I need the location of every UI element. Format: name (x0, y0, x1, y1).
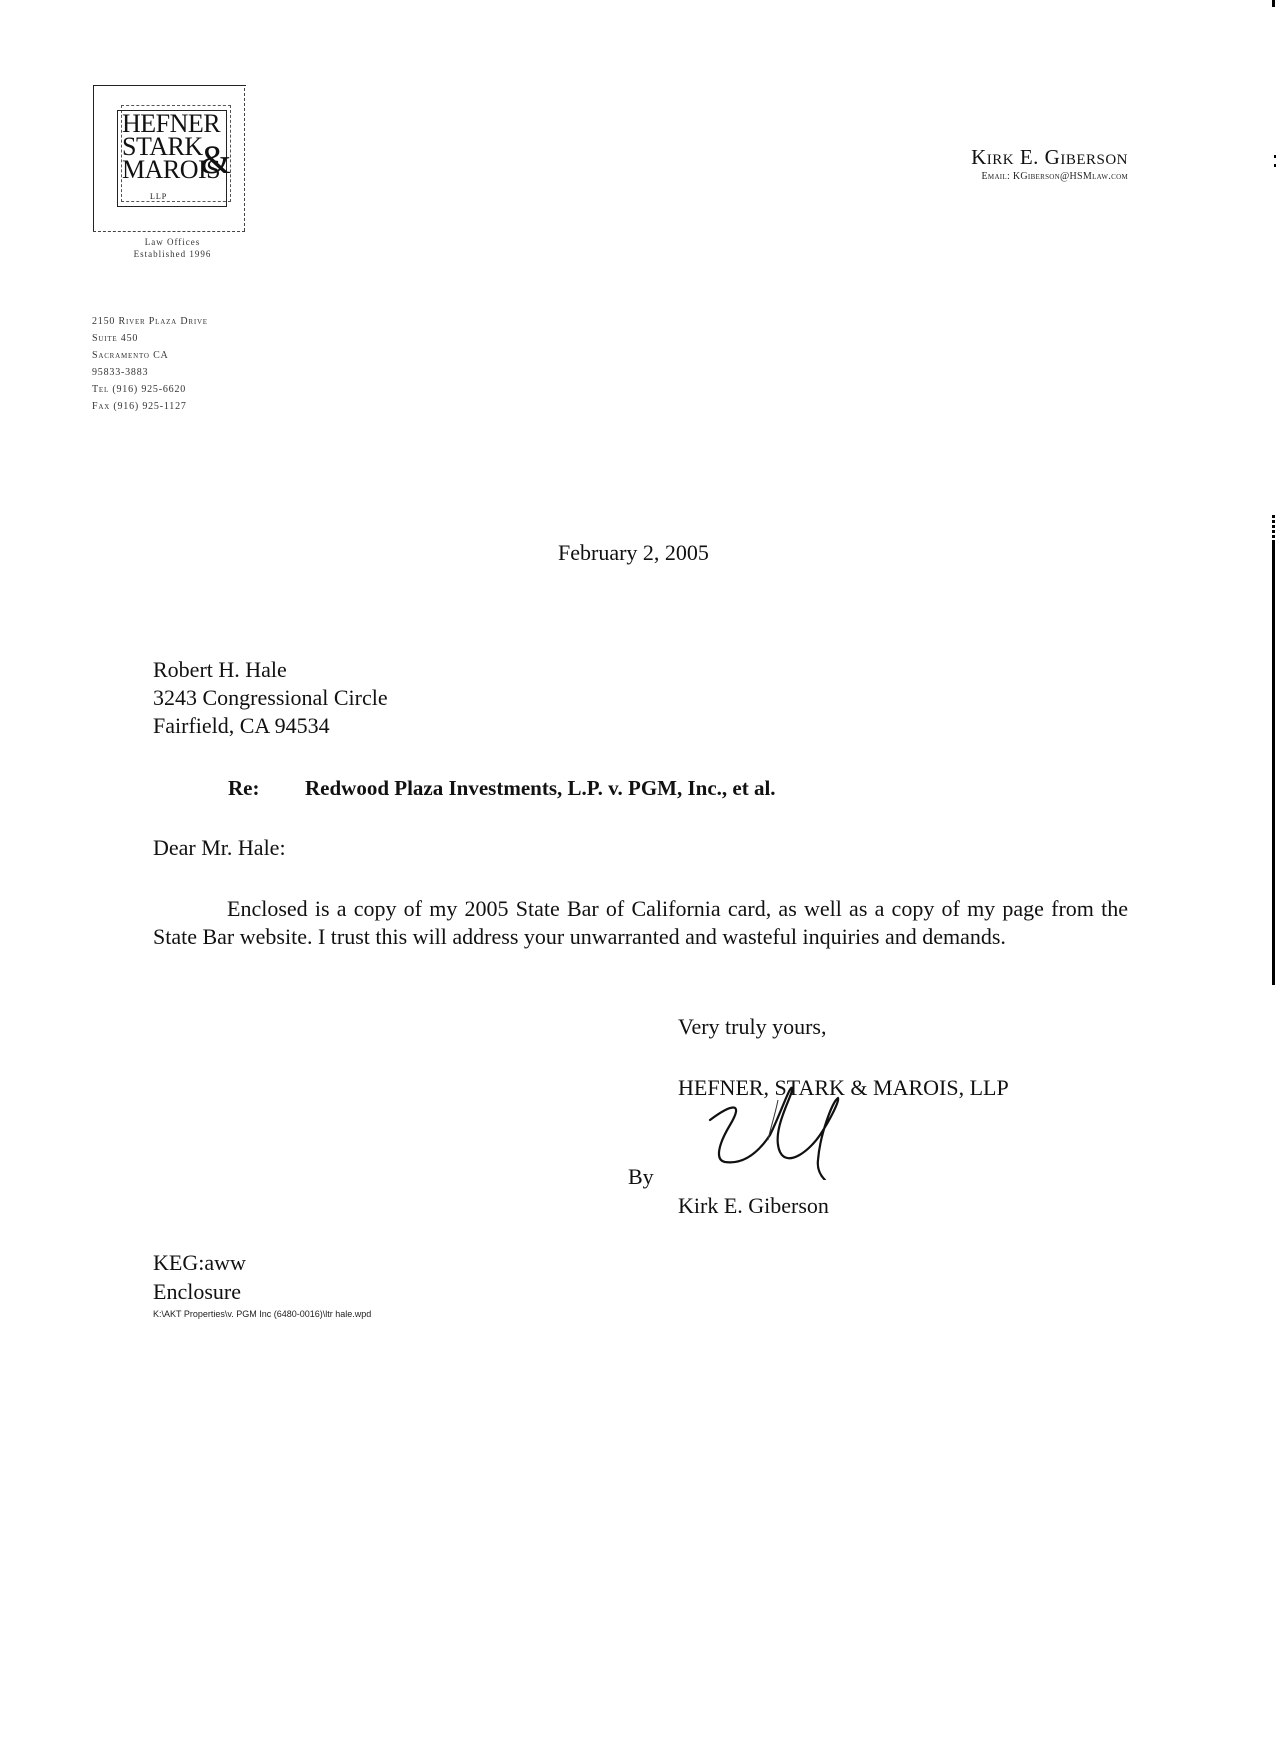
recipient-street: 3243 Congressional Circle (153, 684, 388, 712)
by-label: By (628, 1163, 654, 1191)
logo-frame-edge (244, 88, 245, 231)
author-header: Kirk E. Giberson Email: KGiberson@HSMlaw… (971, 145, 1128, 182)
subject-text: Redwood Plaza Investments, L.P. v. PGM, … (305, 776, 776, 800)
fax-line: Fax (916) 925-1127 (92, 398, 208, 415)
address-line: Sacramento CA (92, 347, 208, 364)
subject-line: Re:Redwood Plaza Investments, L.P. v. PG… (228, 776, 776, 801)
scan-artifact (1272, 515, 1275, 540)
body-paragraph: Enclosed is a copy of my 2005 State Bar … (153, 895, 1128, 951)
subject-label: Re: (228, 776, 305, 801)
logo-ampersand: & (200, 140, 231, 180)
address-line: 2150 River Plaza Drive (92, 313, 208, 330)
scan-artifact (1274, 155, 1276, 167)
letter-date: February 2, 2005 (558, 539, 709, 567)
recipient-name: Robert H. Hale (153, 656, 388, 684)
author-email: Email: KGiberson@HSMlaw.com (971, 171, 1128, 182)
logo-caption-line: Law Offices (110, 236, 235, 248)
recipient-address: Robert H. Hale 3243 Congressional Circle… (153, 656, 388, 740)
body-text: Enclosed is a copy of my 2005 State Bar … (153, 896, 1128, 949)
salutation: Dear Mr. Hale: (153, 834, 286, 862)
phone-line: Tel (916) 925-6620 (92, 381, 208, 398)
closing: Very truly yours, (678, 1013, 826, 1041)
recipient-city: Fairfield, CA 94534 (153, 712, 388, 740)
author-name: Kirk E. Giberson (971, 145, 1128, 169)
scan-artifact (1272, 0, 1275, 7)
scan-edge-line (1272, 540, 1275, 985)
address-line: 95833-3883 (92, 364, 208, 381)
enclosure-note: Enclosure (153, 1279, 241, 1305)
signer-name: Kirk E. Giberson (678, 1192, 829, 1220)
logo-suffix: LLP (150, 192, 167, 201)
reference-initials: KEG:aww (153, 1250, 246, 1276)
handwritten-signature (700, 1080, 880, 1180)
logo-frame-edge (93, 231, 245, 232)
logo-caption-line: Established 1996 (110, 248, 235, 260)
document-file-path: K:\AKT Properties\v. PGM Inc (6480-0016)… (153, 1309, 371, 1319)
logo-caption: Law Offices Established 1996 (110, 236, 235, 260)
address-line: Suite 450 (92, 330, 208, 347)
firm-address: 2150 River Plaza Drive Suite 450 Sacrame… (92, 313, 208, 415)
